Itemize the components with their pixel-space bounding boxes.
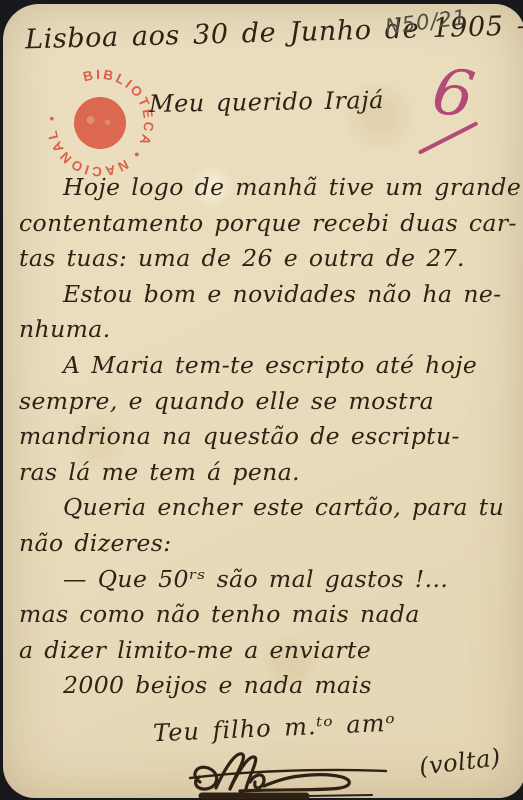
letter-line: contentamento porque recebi duas car- <box>19 206 515 242</box>
salutation: Meu querido Irajá <box>149 86 384 118</box>
letter-body: Hoje logo de manhã tive um grandecontent… <box>19 170 515 704</box>
closing: Teu filho m.ᵗᵒ amᵒ <box>153 709 397 748</box>
letter-line: mas como não tenho mais nada <box>19 597 515 633</box>
letter-line: A Maria tem-te escripto até hoje <box>19 348 515 384</box>
letter-line: nhuma. <box>19 312 515 348</box>
letter-line: Queria encher este cartão, para tu <box>19 490 515 526</box>
letter-line: não dizeres: <box>19 526 515 562</box>
postcard: Lisboa aos 30 de Junho de 1905 — N50/21 … <box>3 4 523 798</box>
letter-line: a dizer limito-me a enviarte <box>19 633 515 669</box>
letter-line: — Que 50ʳˢ são mal gastos !... <box>19 562 515 598</box>
letter-line: mandriona na questão de escriptu- <box>19 419 515 455</box>
letter-line: sempre, e quando elle se mostra <box>19 384 515 420</box>
letter-line: tas tuas: uma de 26 e outra de 27. <box>19 241 515 277</box>
signature-flourish <box>186 744 391 800</box>
page-number-annotation: 6 <box>428 59 478 129</box>
letter-line: Estou bom e novidades não ha ne- <box>19 277 515 313</box>
letter-line: Hoje logo de manhã tive um grande <box>19 170 515 206</box>
letter-line: ras lá me tem á pena. <box>19 455 515 491</box>
stamp-center-circle <box>65 88 135 158</box>
letter-line: 2000 beijos e nada mais <box>19 668 515 704</box>
turn-over-note: (volta) <box>418 743 503 781</box>
